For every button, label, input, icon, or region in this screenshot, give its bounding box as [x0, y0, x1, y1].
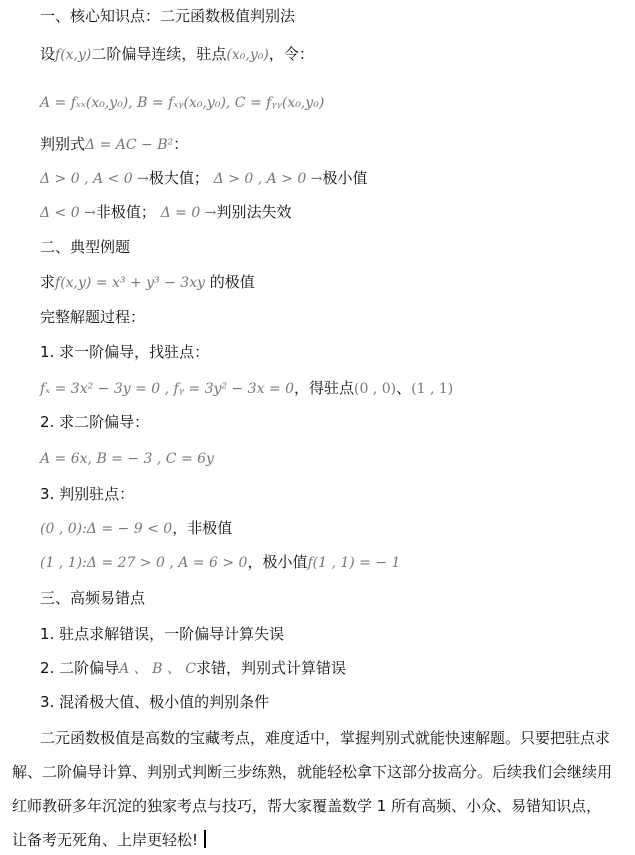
first-partials-formula: fₓ = 3x² − 3y = 0 , fᵧ = 3y² − 3x = 0: [40, 381, 294, 397]
error-item-2: 2. 二阶偏导A 、 B 、 C求错，判别式计算错误: [40, 658, 346, 679]
rule-line-1: Δ > 0 , A < 0 →极大值； Δ > 0 , A > 0 →极小值: [40, 168, 367, 189]
conclusion-line-1: 二元函数极值是高数的宝藏考点，难度适中，掌握判别式就能快速解题。只要把驻点求: [12, 721, 632, 755]
rule-max-condition: Δ > 0 , A < 0 →: [40, 171, 149, 187]
conclusion-line-4-wrap: 让备考无死角、上岸更轻松!: [12, 823, 632, 855]
step2-formula-line: A = 6x, B = − 3 , C = 6y: [40, 448, 214, 469]
step1-formula-line: fₓ = 3x² − 3y = 0 , fᵧ = 3y² − 3x = 0，得驻…: [40, 378, 453, 399]
case2-value: f(1 , 1) = − 1: [307, 555, 400, 571]
critical-point-1: (0 , 0): [354, 381, 396, 397]
error-item-1: 1. 驻点求解错误，一阶偏导计算失误: [40, 624, 284, 644]
second-partials-formula: A = 6x, B = − 3 , C = 6y: [40, 451, 214, 467]
definitions-line: A = fₓₓ(x₀,y₀), B = fₓᵧ(x₀,y₀), C = fᵧᵧ(…: [40, 92, 324, 113]
discriminant-line: 判别式Δ = AC − B²：: [40, 134, 188, 155]
rule-nonextreme-text: 非极值；: [96, 203, 156, 221]
question-suffix: 的极值: [210, 273, 255, 291]
rule-fail-condition: Δ = 0 →: [161, 205, 217, 221]
error-item-2-prefix: 2. 二阶偏导: [40, 659, 119, 677]
step3-title: 3. 判别驻点：: [40, 484, 134, 504]
conclusion-line-4: 让备考无死角、上岸更轻松!: [12, 831, 198, 849]
discriminant-label: 判别式: [40, 135, 85, 153]
step1-title: 1. 求一阶偏导，找驻点：: [40, 342, 209, 362]
discriminant-formula: Δ = AC − B²: [85, 137, 173, 153]
error-item-3: 3. 混淆极大值、极小值的判别条件: [40, 692, 269, 712]
discriminant-suffix: ：: [173, 135, 188, 153]
case2-formula: (1 , 1):Δ = 27 > 0 , A = 6 > 0: [40, 555, 247, 571]
intro-suffix: ，令：: [269, 45, 314, 63]
separator: 、: [396, 379, 411, 397]
critical-point-2: (1 , 1): [411, 381, 453, 397]
text-cursor: [204, 830, 206, 848]
step1-mid: ，得驻点: [294, 379, 354, 397]
definitions-formula: A = fₓₓ(x₀,y₀), B = fₓᵧ(x₀,y₀), C = fᵧᵧ(…: [40, 95, 324, 111]
error-item-2-suffix: 求错，判别式计算错误: [196, 659, 346, 677]
intro-point: (x₀,y₀): [226, 47, 268, 63]
conclusion-line-2: 解、二阶偏导计算、判别式判断三步练熟，就能轻松拿下这部分拔高分。后续我们会继续用: [12, 755, 632, 789]
section3-title: 三、高频易错点: [40, 588, 145, 608]
rule-min-condition: Δ > 0 , A > 0 →: [214, 171, 323, 187]
question-line: 求f(x,y) = x³ + y³ − 3xy 的极值: [40, 272, 255, 293]
intro-function: f(x,y): [55, 47, 91, 63]
case2-line: (1 , 1):Δ = 27 > 0 , A = 6 > 0，极小值f(1 , …: [40, 552, 400, 573]
intro-mid: 二阶偏导连续，驻点: [91, 45, 226, 63]
conclusion-line-3: 红师教研多年沉淀的独家考点与技巧，帮大家覆盖数学 1 所有高频、小众、易错知识点…: [12, 789, 632, 823]
step2-title: 2. 求二阶偏导：: [40, 412, 149, 432]
rule-line-2: Δ < 0 →非极值； Δ = 0 →判别法失效: [40, 202, 292, 223]
rule-fail-text: 判别法失效: [216, 203, 291, 221]
rule-max-text: 极大值；: [149, 169, 209, 187]
section2-title: 二、典型例题: [40, 237, 130, 257]
question-prefix: 求: [40, 273, 55, 291]
case1-text: ，非极值: [172, 519, 232, 537]
rule-min-text: 极小值: [322, 169, 367, 187]
case1-formula: (0 , 0):Δ = − 9 < 0: [40, 521, 172, 537]
case1-line: (0 , 0):Δ = − 9 < 0，非极值: [40, 518, 232, 539]
question-formula: f(x,y) = x³ + y³ − 3xy: [55, 275, 205, 291]
error-item-2-math: A 、 B 、 C: [119, 661, 196, 677]
rule-nonextreme-condition: Δ < 0 →: [40, 205, 96, 221]
section1-title: 一、核心知识点：二元函数极值判别法: [40, 6, 295, 26]
process-label: 完整解题过程：: [40, 307, 145, 327]
conclusion-paragraph[interactable]: 二元函数极值是高数的宝藏考点，难度适中，掌握判别式就能快速解题。只要把驻点求 解…: [12, 721, 632, 855]
case2-text: ，极小值: [247, 553, 307, 571]
intro-line: 设f(x,y)二阶偏导连续，驻点(x₀,y₀)，令：: [40, 44, 314, 65]
intro-prefix: 设: [40, 45, 55, 63]
